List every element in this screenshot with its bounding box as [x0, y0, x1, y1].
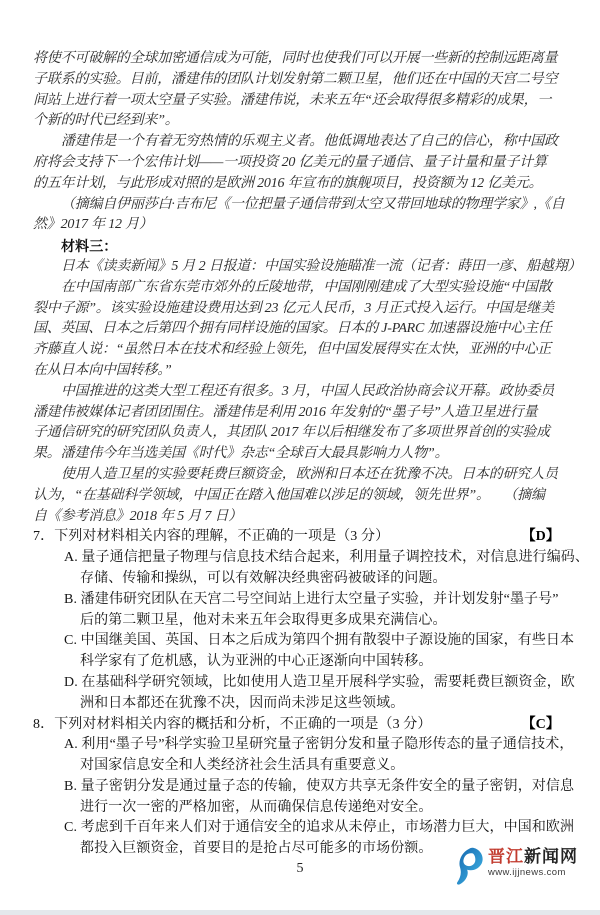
logo-swirl-icon — [454, 847, 484, 887]
source-citation-line: （摘编自伊丽莎白·吉布尼《一位把量子通信带到太空又带回地球的物理学家》,《自 — [33, 195, 568, 216]
answer-marker-q7: 【D】 — [522, 527, 560, 548]
text-line: 使用人造卫星的实验要耗费巨额资金，欧洲和日本还在犹豫不决。日本的研究人员 — [33, 465, 568, 486]
source-citation-line: 自《参考消息》2018 年 5 月 7 日） — [33, 507, 568, 528]
logo-site-name-red: 晋江 — [488, 847, 524, 866]
text-line: 裂中子源”。该实验设施建设费用达到 23 亿元人民币，3 月正式投入运行。中国是… — [33, 299, 568, 320]
option-line: C. 中国继美国、英国、日本之后成为第四个拥有散裂中子源设施的国家，有些日本 — [33, 631, 568, 652]
text-line: 在中国南部广东省东莞市郊外的丘陵地带，中国刚刚建成了大型实验设施“中国散 — [33, 278, 568, 299]
text-line: 潘建伟被媒体记者团团围住。潘建伟是利用 2016 年发射的“墨子号”人造卫星进行… — [33, 403, 568, 424]
site-logo: 晋江新闻网 www.ijjnews.com — [454, 847, 578, 887]
material-three-heading: 材料三： — [33, 236, 568, 257]
option-line: 进行一次一密的严格加密，从而确保信息传递绝对安全。 — [33, 798, 568, 819]
text-line: 潘建伟是一个有着无穷热情的乐观主义者。他低调地表达了自己的信心，称中国政 — [33, 132, 568, 153]
question-8-line: 8．下列对材料相关内容的概括和分析，不正确的一项是（3 分） 【C】 — [33, 715, 568, 736]
bottom-border-strip — [0, 910, 600, 915]
text-line: 间站上进行着一项太空量子实验。潘建伟说，未来五年“还会取得很多精彩的成果，一 — [33, 91, 568, 112]
question-8-text: 8．下列对材料相关内容的概括和分析，不正确的一项是（3 分） — [33, 715, 432, 736]
logo-text-block: 晋江新闻网 www.ijjnews.com — [488, 847, 578, 878]
text-line: 的五年计划，与此形成对照的是欧洲 2016 年宣布的旗舰项目，投资额为 12 亿… — [33, 174, 568, 195]
logo-site-name: 晋江新闻网 — [488, 847, 578, 866]
option-line: A. 量子通信把量子物理与信息技术结合起来，利用量子调控技术，对信息进行编码、 — [33, 548, 568, 569]
option-line: 对国家信息安全和人类经济社会生活具有重要意义。 — [33, 756, 568, 777]
question-7-line: 7．下列对材料相关内容的理解，不正确的一项是（3 分） 【D】 — [33, 527, 568, 548]
logo-site-name-dark: 新闻网 — [524, 847, 578, 866]
option-line: B. 潘建伟研究团队在天宫二号空间站上进行太空量子实验，并计划发射“墨子号” — [33, 590, 568, 611]
option-line: 科学家有了危机感，认为亚洲的中心正逐渐向中国转移。 — [33, 652, 568, 673]
text-line: 果。潘建伟今年当选美国《时代》杂志“全球百大最具影响力人物”。 — [33, 444, 568, 465]
text-line: 府将会支持下一个宏伟计划——一项投资 20 亿美元的量子通信、量子计量和量子计算 — [33, 153, 568, 174]
page-text-block: 将使不可破解的全球加密通信成为可能，同时也使我们可以开展一些新的控制远距离量 子… — [33, 49, 568, 860]
text-line: 日本《读卖新闻》5 月 2 日报道：中国实验设施瞄准一流（记者：蒔田一彦、船越翔… — [33, 257, 568, 278]
option-line: B. 量子密钥分发是通过量子态的传输，使双方共享无条件安全的量子密钥，对信息 — [33, 777, 568, 798]
text-line: 个新的时代已经到来”。 — [33, 111, 568, 132]
text-line: 在从日本向中国转移。” — [33, 361, 568, 382]
text-line: 子联系的实验。目前，潘建伟的团队计划发射第二颗卫星，他们还在中国的天宫二号空 — [33, 70, 568, 91]
option-line: D. 在基础科学研究领域，比如使用人造卫星开展科学实验，需要耗费巨额资金，欧 — [33, 673, 568, 694]
option-line: A. 利用“墨子号”科学实验卫星研究量子密钥分发和量子隐形传态的量子通信技术， — [33, 735, 568, 756]
exam-page: 将使不可破解的全球加密通信成为可能，同时也使我们可以开展一些新的控制远距离量 子… — [0, 0, 600, 915]
option-line: 洲和日本都还在犹豫不决，因而尚未涉足这些领域。 — [33, 694, 568, 715]
text-line: 国、英国、日本之后第四个拥有同样设施的国家。日本的 J-PARC 加速器设施中心… — [33, 319, 568, 340]
text-line: 认为，“在基础科学领域，中国正在踏入他国难以涉足的领域，领先世界”。 （摘编 — [33, 486, 568, 507]
text-line: 子通信研究的研究团队负责人，其团队 2017 年以后相继发布了多项世界首创的实验… — [33, 423, 568, 444]
option-line: C. 考虑到千百年来人们对于通信安全的追求从未停止，市场潜力巨大，中国和欧洲 — [33, 818, 568, 839]
answer-marker-q8: 【C】 — [522, 715, 560, 736]
text-line: 中国推进的这类大型工程还有很多。3 月，中国人民政治协商会议开幕。政协委员 — [33, 382, 568, 403]
option-line: 后的第二颗卫星，他对未来五年会取得更多成果充满信心。 — [33, 611, 568, 632]
text-line: 将使不可破解的全球加密通信成为可能，同时也使我们可以开展一些新的控制远距离量 — [33, 49, 568, 70]
option-line: 存储、传输和操纵，可以有效解决经典密码被破译的问题。 — [33, 569, 568, 590]
logo-site-url: www.ijjnews.com — [488, 867, 578, 878]
text-line: 齐藤直人说：“虽然日本在技术和经验上领先，但中国发展得实在太快，亚洲的中心正 — [33, 340, 568, 361]
question-7-text: 7．下列对材料相关内容的理解，不正确的一项是（3 分） — [33, 527, 389, 548]
source-citation-line: 然》2017 年 12 月） — [33, 215, 568, 236]
